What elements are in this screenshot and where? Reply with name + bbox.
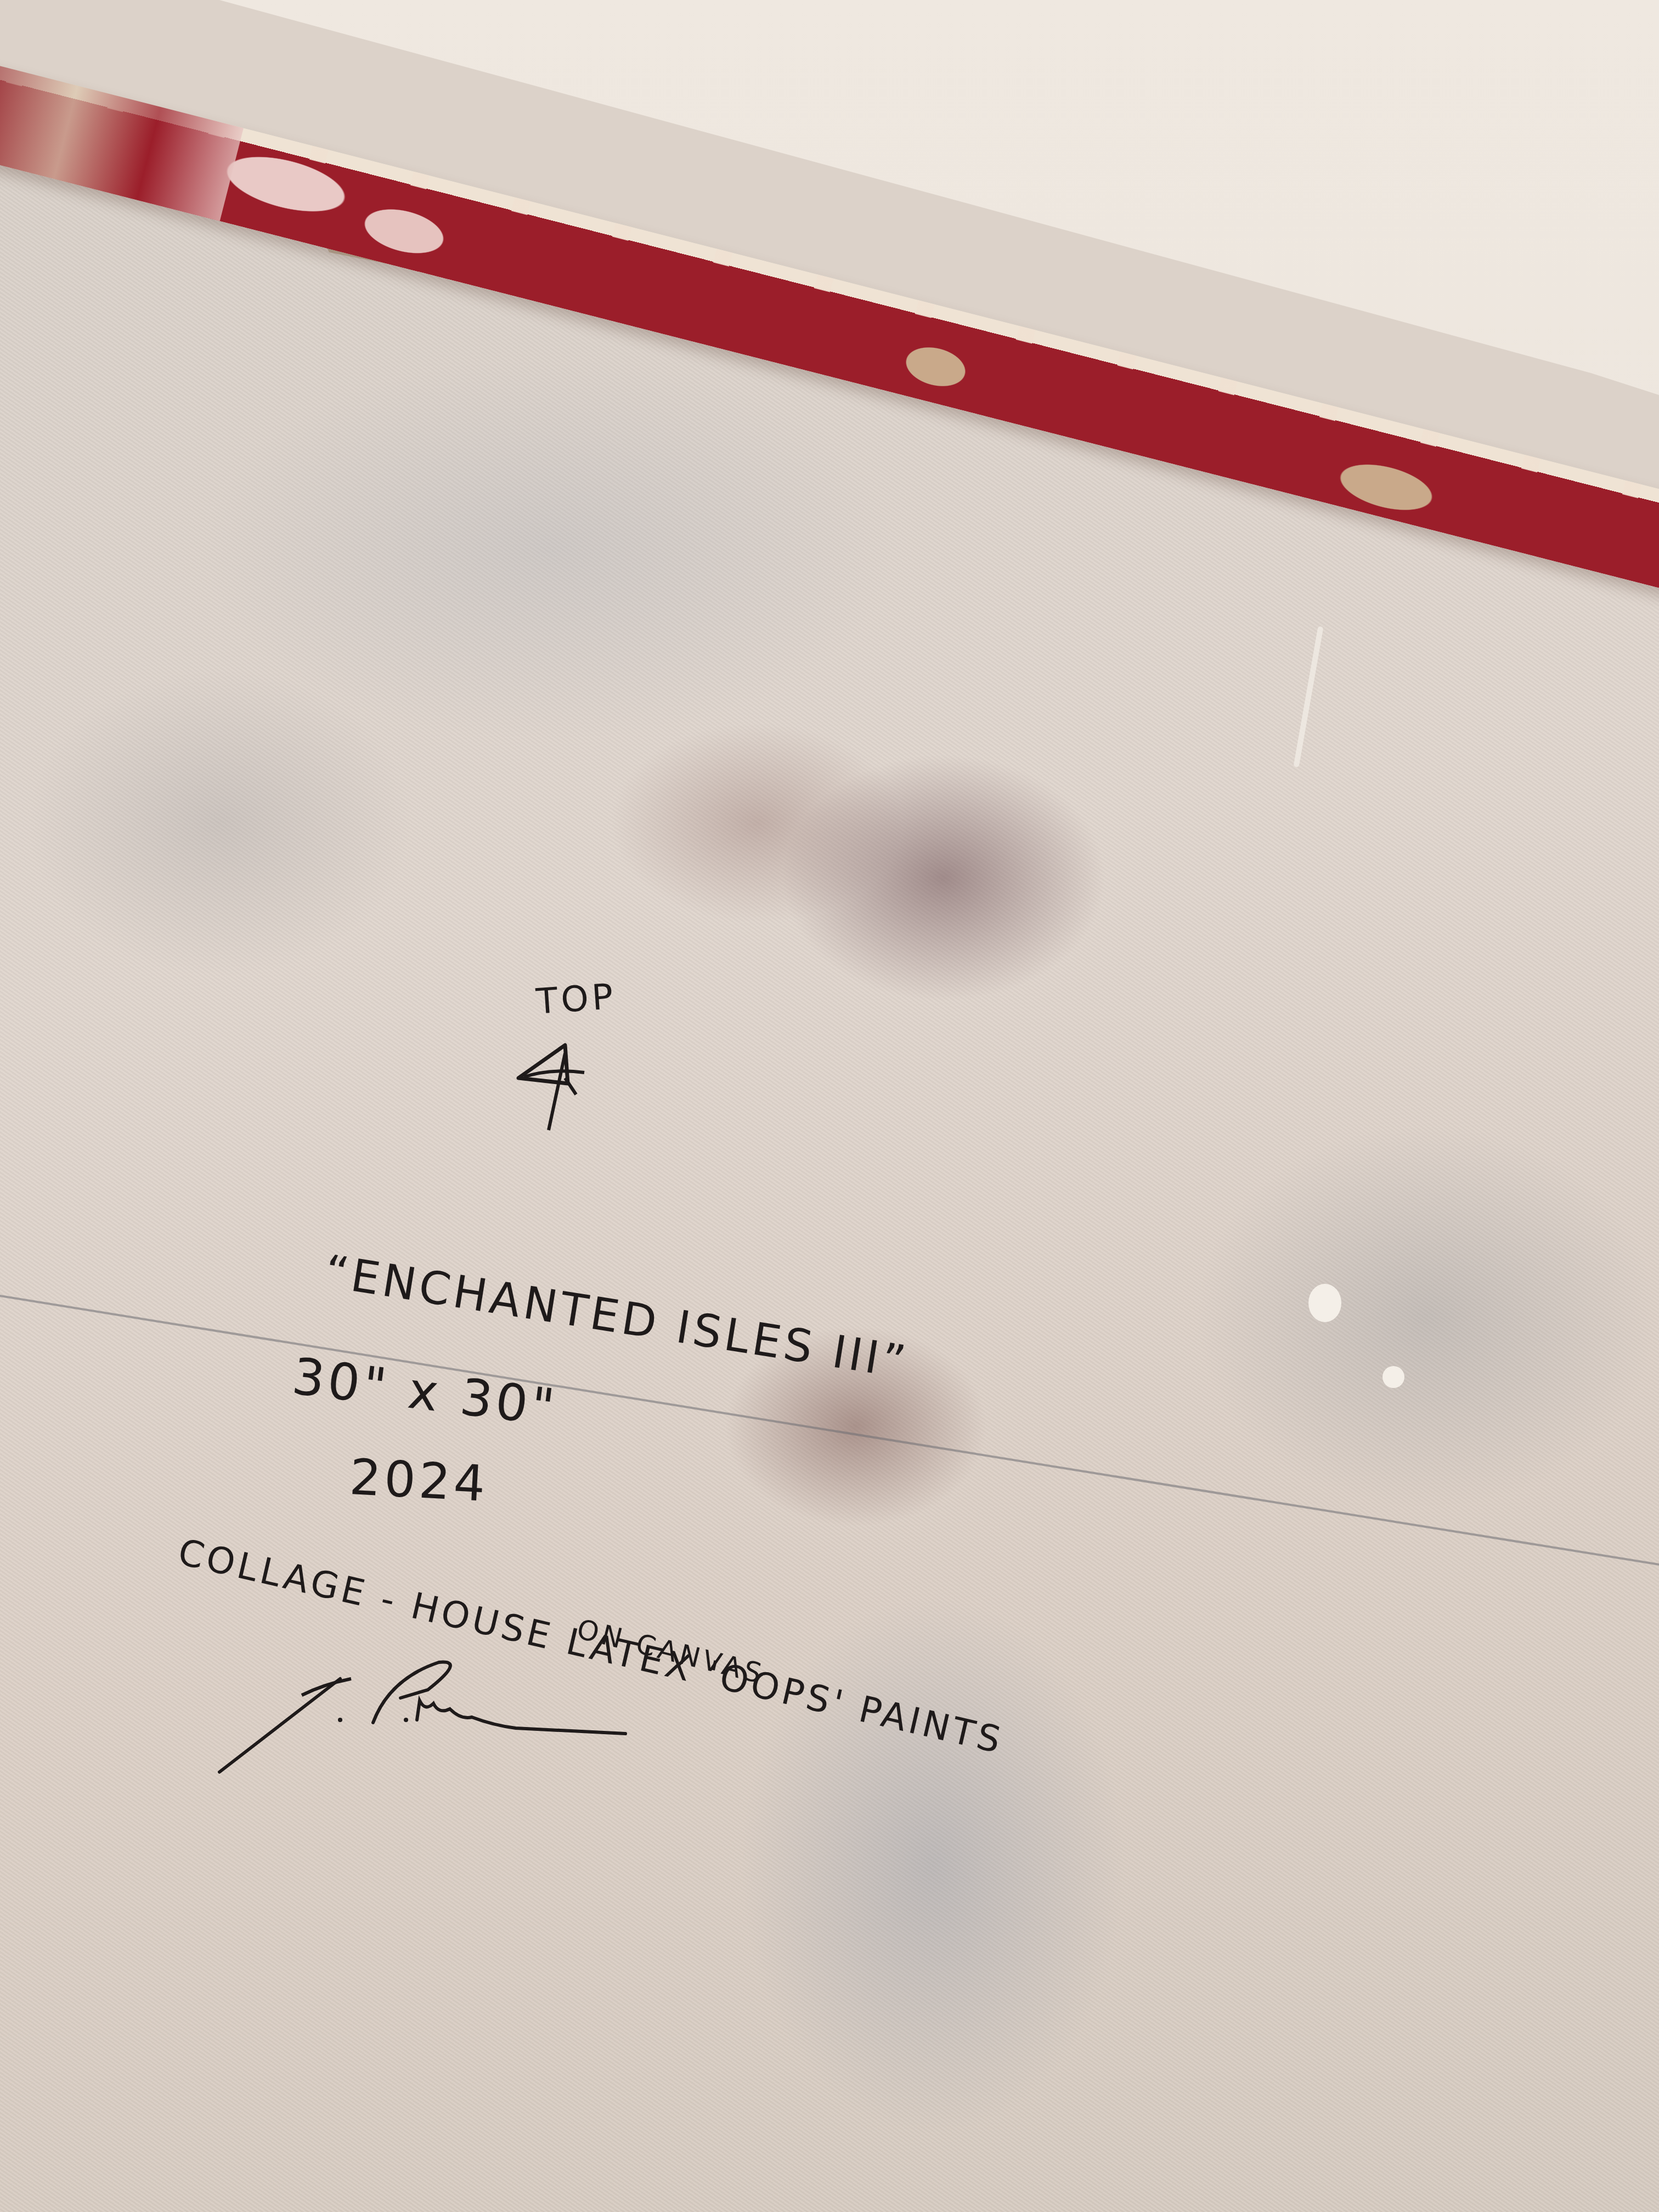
paint-splatter [1308, 1284, 1341, 1322]
artist-signature: J. R. Mann [208, 1646, 680, 1783]
photo-scene: TOP “ENCHANTED ISLES III” 30" x 30" 2024… [0, 0, 1659, 2212]
artwork-year: 2024 [348, 1448, 490, 1513]
orientation-label: TOP [535, 977, 618, 1023]
up-arrow-icon [513, 1034, 601, 1133]
paint-splatter [1383, 1366, 1404, 1388]
